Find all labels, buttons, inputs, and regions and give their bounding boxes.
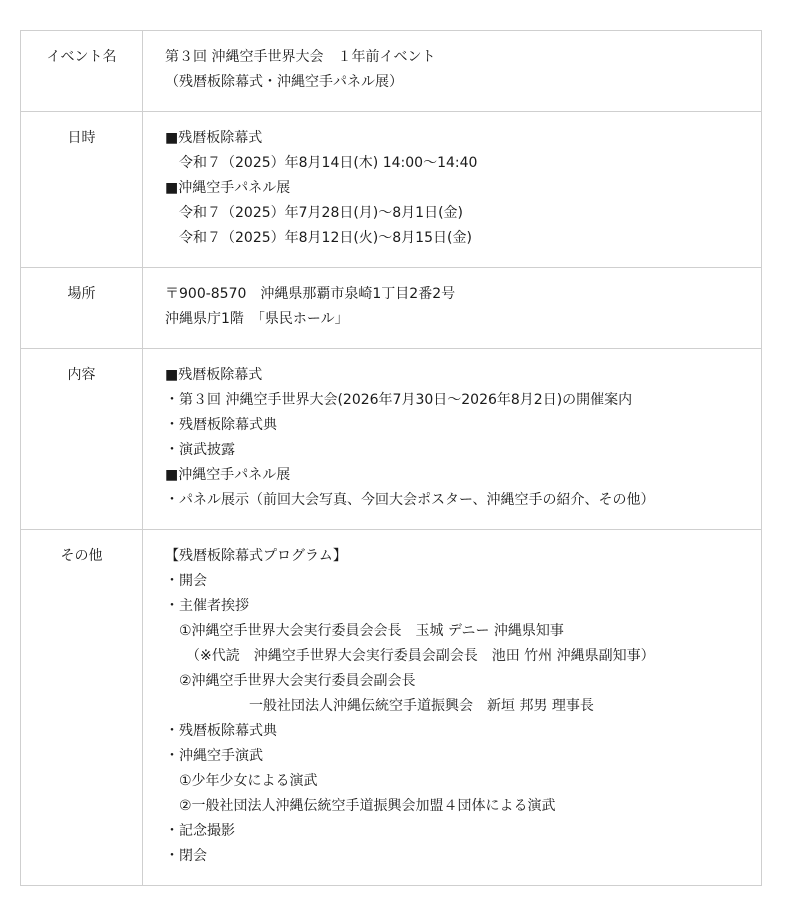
text-line: 第３回 沖縄空手世界大会 １年前イベント bbox=[165, 45, 761, 70]
text-line: 一般社団法人沖縄伝統空手道振興会 新垣 邦男 理事長 bbox=[165, 694, 761, 719]
content-other: 【残暦板除幕式プログラム】 ・開会 ・主催者挨拶 ①沖縄空手世界大会実行委員会会… bbox=[143, 530, 762, 886]
label-content: 内容 bbox=[21, 349, 143, 530]
event-info-table: イベント名 第３回 沖縄空手世界大会 １年前イベント （残暦板除幕式・沖縄空手パ… bbox=[20, 30, 762, 886]
content-content: ■残暦板除幕式 ・第３回 沖縄空手世界大会(2026年7月30日～2026年8月… bbox=[143, 349, 762, 530]
label-event-name: イベント名 bbox=[21, 31, 143, 112]
text-line: 令和７（2025）年8月12日(火)～8月15日(金) bbox=[165, 226, 761, 251]
row-datetime: 日時 ■残暦板除幕式 令和７（2025）年8月14日(木) 14:00～14:4… bbox=[21, 112, 762, 268]
text-line: 令和７（2025）年8月14日(木) 14:00～14:40 bbox=[165, 151, 761, 176]
text-line: 令和７（2025）年7月28日(月)～8月1日(金) bbox=[165, 201, 761, 226]
text-line: ①沖縄空手世界大会実行委員会会長 玉城 デニー 沖縄県知事 bbox=[165, 619, 761, 644]
content-datetime: ■残暦板除幕式 令和７（2025）年8月14日(木) 14:00～14:40 ■… bbox=[143, 112, 762, 268]
text-line: ②沖縄空手世界大会実行委員会副会長 bbox=[165, 669, 761, 694]
row-content: 内容 ■残暦板除幕式 ・第３回 沖縄空手世界大会(2026年7月30日～2026… bbox=[21, 349, 762, 530]
text-line: ・演武披露 bbox=[165, 438, 761, 463]
text-line: ■残暦板除幕式 bbox=[165, 363, 761, 388]
text-line: 〒900-8570 沖縄県那覇市泉崎1丁目2番2号 bbox=[165, 282, 761, 307]
text-line: ②一般社団法人沖縄伝統空手道振興会加盟４団体による演武 bbox=[165, 794, 761, 819]
text-line: ①少年少女による演武 bbox=[165, 769, 761, 794]
row-event-name: イベント名 第３回 沖縄空手世界大会 １年前イベント （残暦板除幕式・沖縄空手パ… bbox=[21, 31, 762, 112]
text-line: ・残暦板除幕式典 bbox=[165, 719, 761, 744]
text-line: ・パネル展示（前回大会写真、今回大会ポスター、沖縄空手の紹介、その他） bbox=[165, 488, 761, 513]
text-line: 沖縄県庁1階 「県民ホール」 bbox=[165, 307, 761, 332]
label-datetime: 日時 bbox=[21, 112, 143, 268]
text-line: ■残暦板除幕式 bbox=[165, 126, 761, 151]
text-line: （※代読 沖縄空手世界大会実行委員会副会長 池田 竹州 沖縄県副知事） bbox=[165, 644, 761, 669]
text-line: ・残暦板除幕式典 bbox=[165, 413, 761, 438]
text-line: （残暦板除幕式・沖縄空手パネル展） bbox=[165, 70, 761, 95]
content-event-name: 第３回 沖縄空手世界大会 １年前イベント （残暦板除幕式・沖縄空手パネル展） bbox=[143, 31, 762, 112]
text-line: ・記念撮影 bbox=[165, 819, 761, 844]
content-place: 〒900-8570 沖縄県那覇市泉崎1丁目2番2号 沖縄県庁1階 「県民ホール」 bbox=[143, 268, 762, 349]
text-line: ・主催者挨拶 bbox=[165, 594, 761, 619]
label-place: 場所 bbox=[21, 268, 143, 349]
text-line: ■沖縄空手パネル展 bbox=[165, 463, 761, 488]
row-other: その他 【残暦板除幕式プログラム】 ・開会 ・主催者挨拶 ①沖縄空手世界大会実行… bbox=[21, 530, 762, 886]
text-line: ■沖縄空手パネル展 bbox=[165, 176, 761, 201]
row-place: 場所 〒900-8570 沖縄県那覇市泉崎1丁目2番2号 沖縄県庁1階 「県民ホ… bbox=[21, 268, 762, 349]
text-line: ・沖縄空手演武 bbox=[165, 744, 761, 769]
text-line: 【残暦板除幕式プログラム】 bbox=[165, 544, 761, 569]
text-line: ・閉会 bbox=[165, 844, 761, 869]
text-line: ・第３回 沖縄空手世界大会(2026年7月30日～2026年8月2日)の開催案内 bbox=[165, 388, 761, 413]
label-other: その他 bbox=[21, 530, 143, 886]
text-line: ・開会 bbox=[165, 569, 761, 594]
